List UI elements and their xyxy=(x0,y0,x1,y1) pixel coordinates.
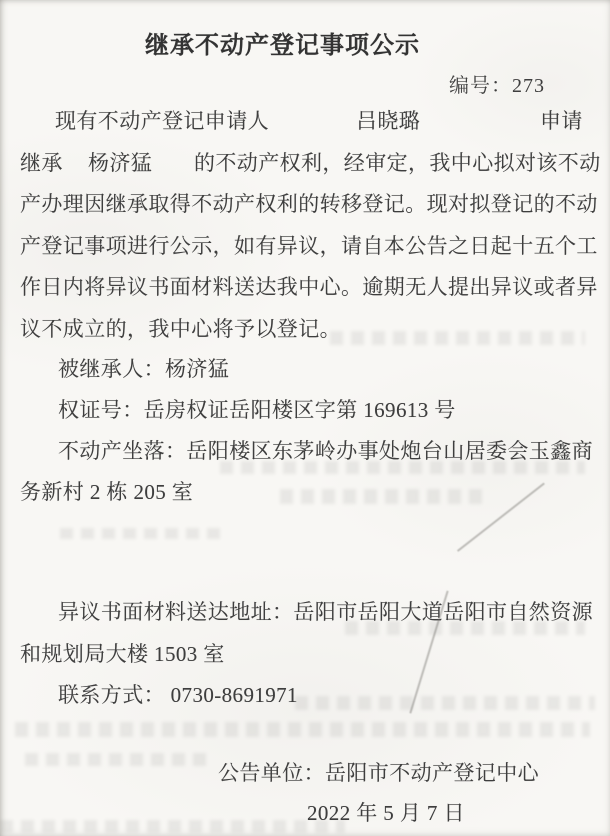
scratch-artifact xyxy=(457,483,545,552)
doc-title: 继承不动产登记事项公示 xyxy=(145,25,385,60)
bleedthrough-artifact xyxy=(280,489,490,504)
para-line1-prefix: 现有不动产登记申请人 xyxy=(55,105,269,135)
doc-number: 编号：273 xyxy=(449,69,545,98)
para-line1-suffix: 申请 xyxy=(540,105,583,135)
bleedthrough-artifact xyxy=(295,696,595,710)
para-line2-rest: 的不动产权利，经审定，我中心拟对该不动 xyxy=(194,147,601,177)
bleedthrough-artifact xyxy=(0,820,345,833)
bleedthrough-artifact xyxy=(25,753,210,766)
bleedthrough-artifact xyxy=(330,331,585,345)
field-objection-address-1: 异议书面材料送达地址：岳阳市岳阳大道岳阳市自然资源 xyxy=(58,596,593,626)
footer-date: 2022 年 5 月 7 日 xyxy=(307,797,465,827)
field-decedent: 被继承人：杨济猛 xyxy=(58,353,229,383)
field-objection-address-2: 和规划局大楼 1503 室 xyxy=(20,638,225,668)
field-location-line-2: 务新村 2 栋 205 室 xyxy=(20,476,193,506)
para-line2-lead: 继承 xyxy=(20,147,63,177)
bleedthrough-artifact xyxy=(60,528,220,539)
decedent-name-inline: 杨济猛 xyxy=(88,147,152,177)
field-location-line-1: 不动产坐落：岳阳楼区东茅岭办事处炮台山居委会玉鑫商 xyxy=(58,435,593,465)
para-line-4: 产登记事项进行公示，如有异议，请自本公告之日起十五个工 xyxy=(20,230,598,260)
para-line-6: 议不成立的，我中心将予以登记。 xyxy=(20,313,341,343)
field-contact: 联系方式： 0730-8691971 xyxy=(58,679,298,709)
footer-issuer: 公告单位：岳阳市不动产登记中心 xyxy=(218,757,539,787)
bleedthrough-artifact xyxy=(15,722,590,737)
applicant-name: 吕晓璐 xyxy=(356,105,420,135)
field-certificate-no: 权证号：岳房权证岳阳楼区字第 169613 号 xyxy=(58,394,456,424)
para-line-3: 产办理因继承取得不动产权利的转移登记。现对拟登记的不动 xyxy=(20,188,598,218)
scanned-notice-page: 继承不动产登记事项公示 编号：273 现有不动产登记申请人 吕晓璐 申请 继承 … xyxy=(0,0,610,836)
para-line-5: 作日内将异议书面材料送达我中心。逾期无人提出异议或者异 xyxy=(20,271,598,301)
